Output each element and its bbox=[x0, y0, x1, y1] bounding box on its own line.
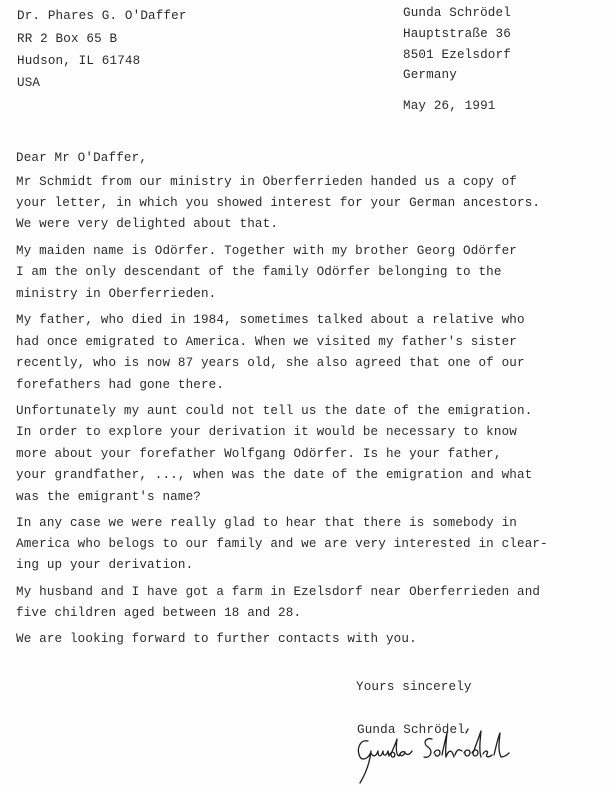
body-line: My father, who died in 1984, sometimes t… bbox=[16, 313, 525, 328]
letter-page: Dr. Phares G. O'Daffer RR 2 Box 65 B Hud… bbox=[0, 0, 612, 787]
body-line: I am the only descendant of the family O… bbox=[16, 265, 502, 280]
sender-line: 8501 Ezelsdorf bbox=[403, 48, 511, 63]
recipient-line: RR 2 Box 65 B bbox=[17, 32, 117, 47]
body-line: Mr Schmidt from our ministry in Oberferr… bbox=[16, 175, 517, 190]
body-line: had once emigrated to America. When we v… bbox=[16, 335, 517, 350]
body-line: more about your forefather Wolfgang Odör… bbox=[16, 447, 502, 462]
body-line: five children aged between 18 and 28. bbox=[16, 606, 301, 621]
body-line: your grandfather, ..., when was the date… bbox=[16, 468, 532, 483]
sender-line: Hauptstraße 36 bbox=[403, 27, 511, 42]
body-line: My husband and I have got a farm in Ezel… bbox=[16, 585, 540, 600]
body-line: your letter, in which you showed interes… bbox=[16, 196, 540, 211]
recipient-line: Dr. Phares G. O'Daffer bbox=[17, 9, 187, 24]
recipient-line: Hudson, IL 61748 bbox=[17, 54, 140, 69]
body-line: We are looking forward to further contac… bbox=[16, 632, 417, 647]
sender-line: Gunda Schrödel bbox=[403, 6, 511, 21]
body-line: recently, who is now 87 years old, she a… bbox=[16, 356, 525, 371]
body-line: forefathers had gone there. bbox=[16, 378, 224, 393]
body-line: Unfortunately my aunt could not tell us … bbox=[16, 404, 532, 419]
body-line: ministry in Oberferrieden. bbox=[16, 287, 216, 302]
body-line: We were very delighted about that. bbox=[16, 217, 278, 232]
body-line: ing up your derivation. bbox=[16, 558, 193, 573]
sender-line: Germany bbox=[403, 68, 457, 83]
body-line: was the emigrant's name? bbox=[16, 490, 201, 505]
handwritten-signature-icon bbox=[352, 727, 532, 787]
body-line: My maiden name is Odörfer. Together with… bbox=[16, 244, 517, 259]
salutation: Dear Mr O'Daffer, bbox=[16, 151, 147, 166]
body-line: America who belogs to our family and we … bbox=[16, 537, 548, 552]
letter-date: May 26, 1991 bbox=[403, 99, 496, 114]
body-line: In any case we were really glad to hear … bbox=[16, 516, 517, 531]
closing: Yours sincerely bbox=[356, 680, 472, 695]
body-line: In order to explore your derivation it w… bbox=[16, 425, 517, 440]
recipient-line: USA bbox=[17, 76, 40, 91]
